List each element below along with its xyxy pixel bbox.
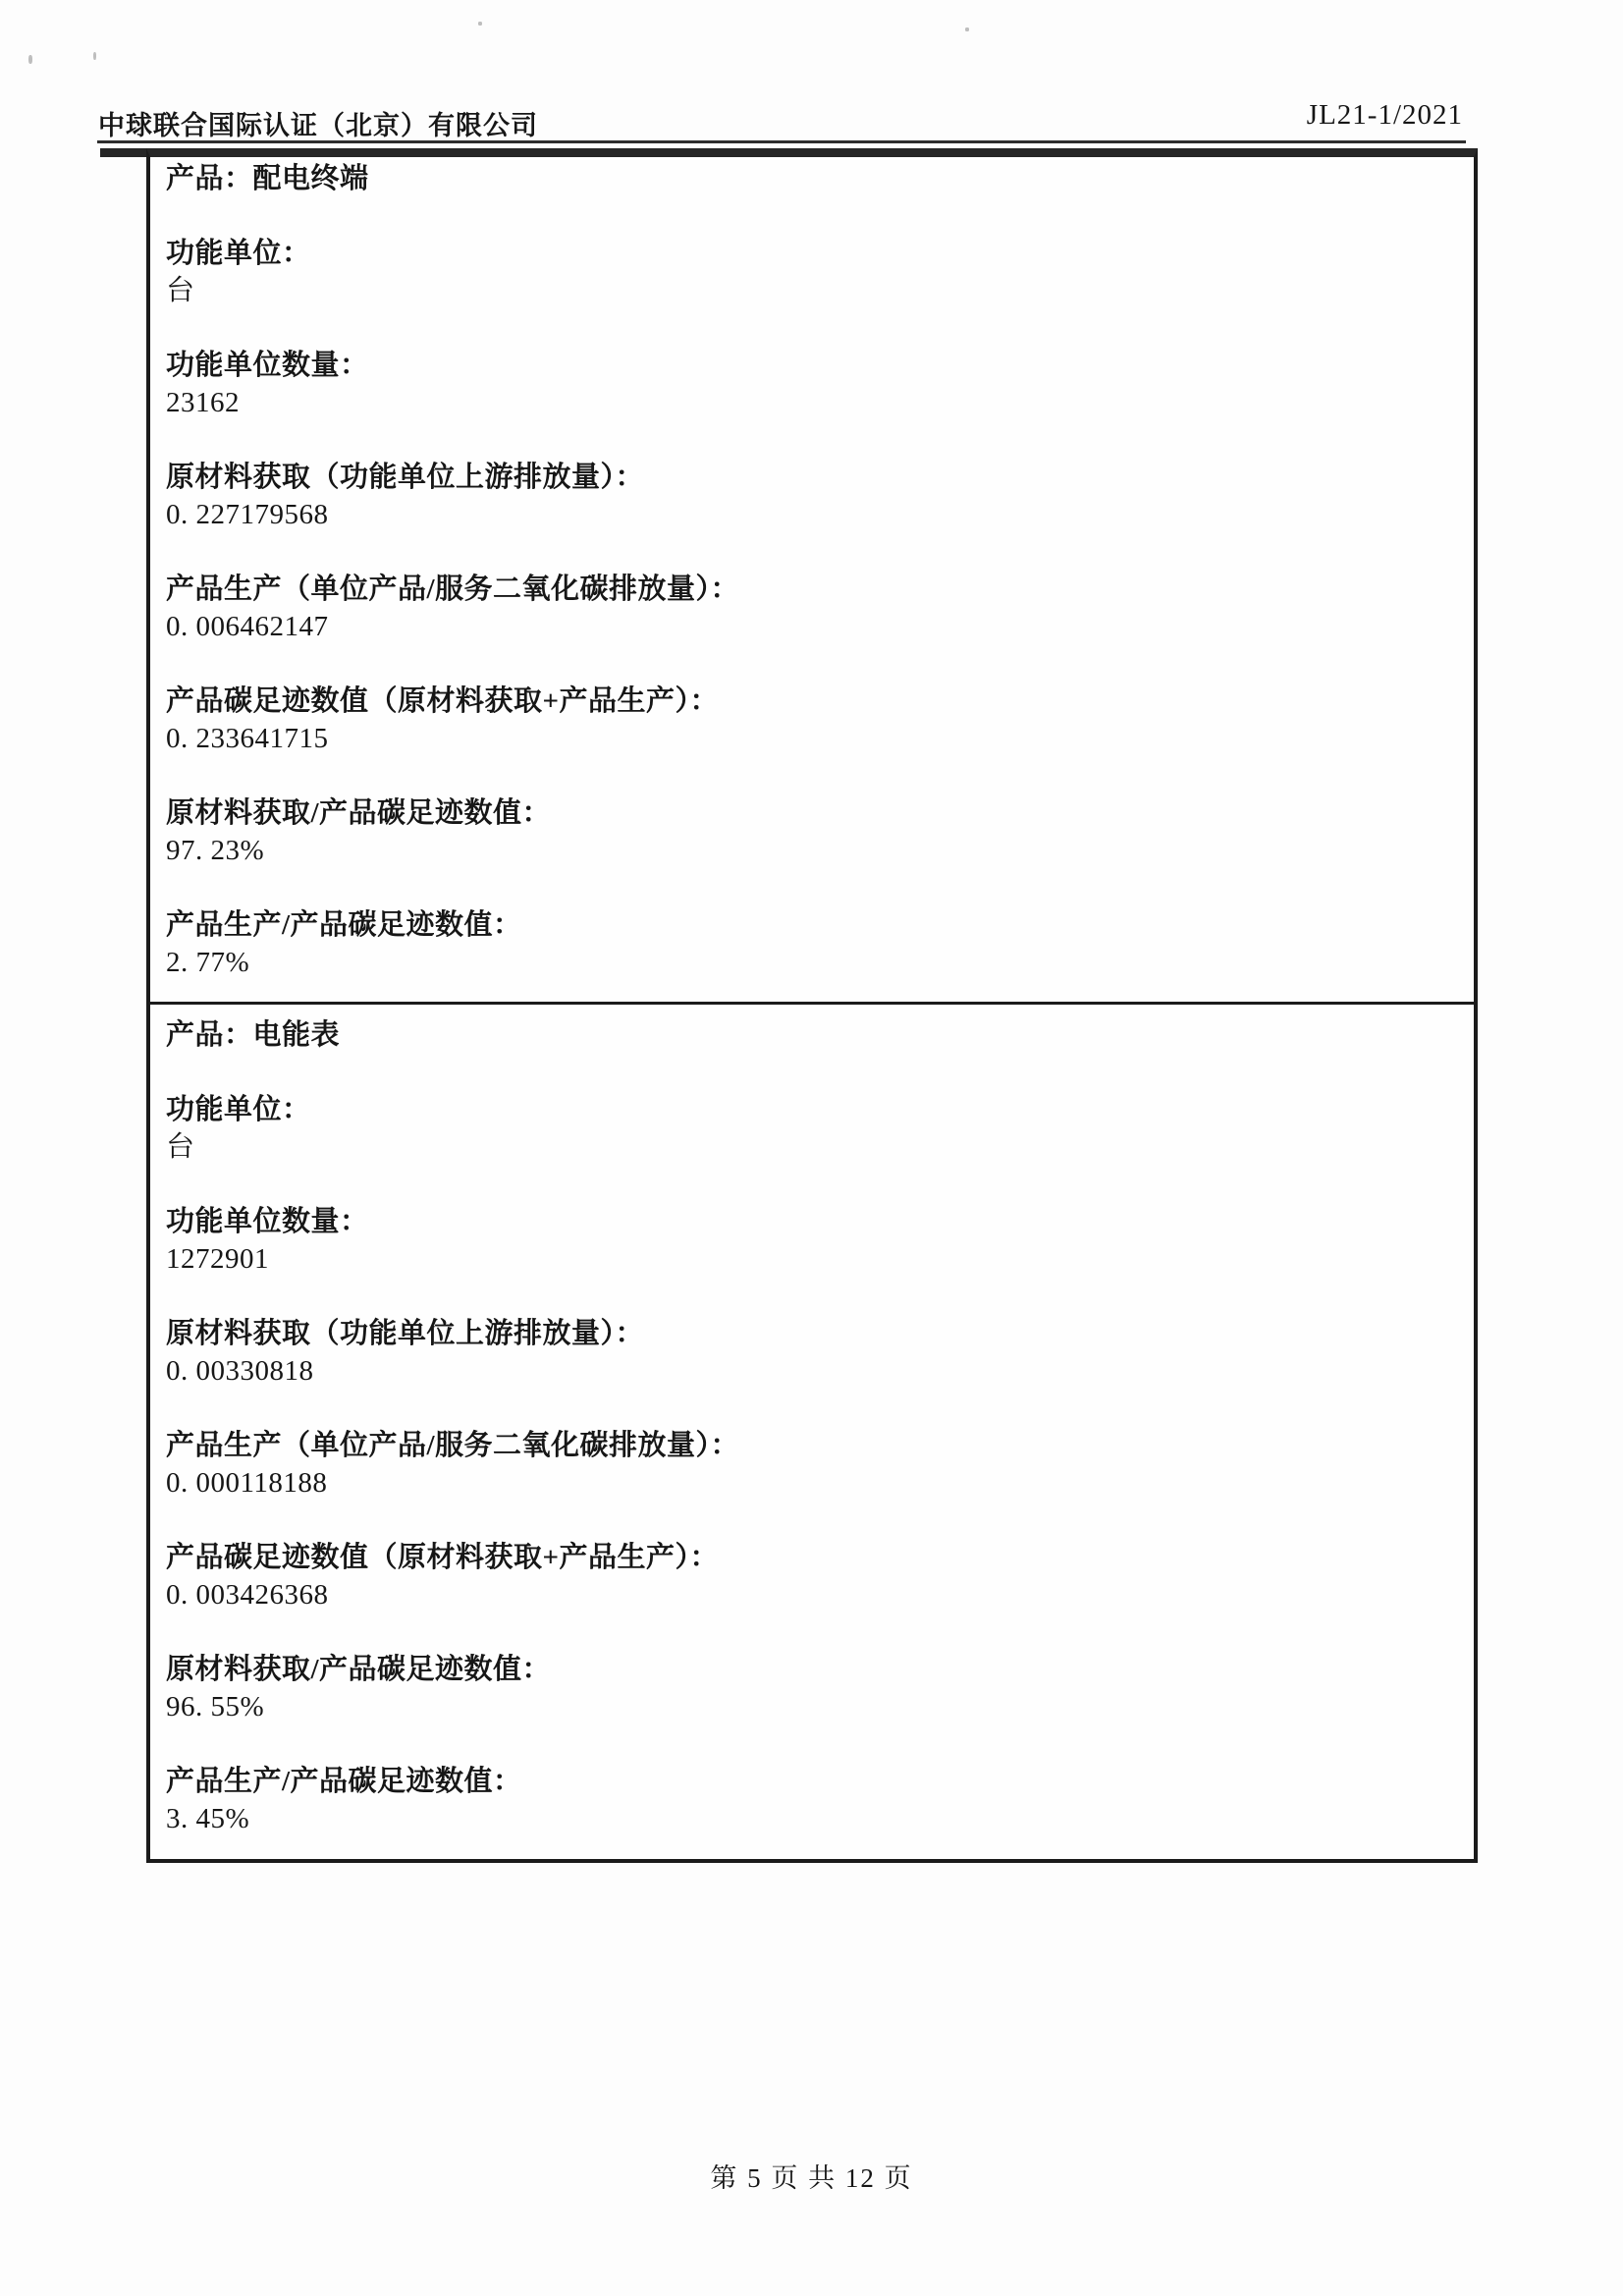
field-production-share: 产品生产/产品碳足迹数值： 2. 77% bbox=[166, 906, 1454, 981]
product-title: 产品：配电终端 bbox=[166, 160, 1454, 197]
field-raw-material-share: 原材料获取/产品碳足迹数值： 97. 23% bbox=[166, 794, 1454, 869]
field-label: 产品生产/产品碳足迹数值： bbox=[166, 906, 1454, 944]
field-label: 功能单位： bbox=[166, 1091, 1454, 1128]
field-label: 功能单位： bbox=[166, 235, 1454, 272]
field-label: 产品生产（单位产品/服务二氧化碳排放量）： bbox=[166, 571, 1454, 608]
field-functional-unit-quantity: 功能单位数量： 1272901 bbox=[166, 1203, 1454, 1278]
field-label: 产品碳足迹数值（原材料获取+产品生产）： bbox=[166, 683, 1454, 720]
field-value: 台 bbox=[166, 272, 1454, 309]
field-value: 2. 77% bbox=[166, 944, 1454, 981]
field-production-share: 产品生产/产品碳足迹数值： 3. 45% bbox=[166, 1763, 1454, 1837]
field-value: 23162 bbox=[166, 384, 1454, 421]
field-value: 0. 003426368 bbox=[166, 1576, 1454, 1613]
scan-speck bbox=[93, 52, 96, 60]
scan-speck bbox=[965, 27, 969, 31]
field-value: 0. 233641715 bbox=[166, 720, 1454, 757]
product-title: 产品：电能表 bbox=[166, 1016, 1454, 1054]
field-product-production: 产品生产（单位产品/服务二氧化碳排放量）： 0. 006462147 bbox=[166, 571, 1454, 645]
field-functional-unit-quantity: 功能单位数量： 23162 bbox=[166, 347, 1454, 421]
field-raw-material-share: 原材料获取/产品碳足迹数值： 96. 55% bbox=[166, 1651, 1454, 1725]
page-indicator: 第 5 页 共 12 页 bbox=[710, 2163, 912, 2193]
page-footer: 第 5 页 共 12 页 bbox=[0, 2157, 1623, 2195]
field-value: 0. 227179568 bbox=[166, 496, 1454, 533]
field-label: 原材料获取/产品碳足迹数值： bbox=[166, 794, 1454, 832]
product-section-energy-meter: 产品：电能表 功能单位： 台 功能单位数量： 1272901 原材料获取（功能单… bbox=[150, 1005, 1474, 1837]
header-rule bbox=[97, 140, 1466, 143]
field-value: 3. 45% bbox=[166, 1800, 1454, 1837]
document-number: JL21-1/2021 bbox=[1307, 99, 1463, 132]
field-label: 产品生产（单位产品/服务二氧化碳排放量）： bbox=[166, 1427, 1454, 1464]
field-value: 台 bbox=[166, 1128, 1454, 1166]
field-raw-material-acquisition: 原材料获取（功能单位上游排放量）： 0. 227179568 bbox=[166, 459, 1454, 533]
field-carbon-footprint-total: 产品碳足迹数值（原材料获取+产品生产）： 0. 233641715 bbox=[166, 683, 1454, 757]
field-label: 产品生产/产品碳足迹数值： bbox=[166, 1763, 1454, 1800]
field-value: 0. 00330818 bbox=[166, 1352, 1454, 1390]
field-value: 0. 006462147 bbox=[166, 608, 1454, 645]
carbon-footprint-table: 产品：配电终端 功能单位： 台 功能单位数量： 23162 原材料获取（功能单位… bbox=[146, 148, 1478, 1863]
field-value: 97. 23% bbox=[166, 832, 1454, 869]
scan-speck bbox=[28, 55, 32, 64]
field-value: 0. 000118188 bbox=[166, 1464, 1454, 1502]
field-value: 1272901 bbox=[166, 1240, 1454, 1278]
field-carbon-footprint-total: 产品碳足迹数值（原材料获取+产品生产）： 0. 003426368 bbox=[166, 1539, 1454, 1613]
field-label: 功能单位数量： bbox=[166, 1203, 1454, 1240]
field-label: 原材料获取（功能单位上游排放量）： bbox=[166, 459, 1454, 496]
field-label: 产品碳足迹数值（原材料获取+产品生产）： bbox=[166, 1539, 1454, 1576]
product-section-distribution-terminal: 产品：配电终端 功能单位： 台 功能单位数量： 23162 原材料获取（功能单位… bbox=[150, 157, 1474, 1005]
field-functional-unit: 功能单位： 台 bbox=[166, 235, 1454, 309]
field-label: 原材料获取/产品碳足迹数值： bbox=[166, 1651, 1454, 1688]
field-raw-material-acquisition: 原材料获取（功能单位上游排放量）： 0. 00330818 bbox=[166, 1315, 1454, 1390]
field-product-production: 产品生产（单位产品/服务二氧化碳排放量）： 0. 000118188 bbox=[166, 1427, 1454, 1502]
company-name: 中球联合国际认证（北京）有限公司 bbox=[98, 104, 538, 142]
field-label: 原材料获取（功能单位上游排放量）： bbox=[166, 1315, 1454, 1352]
scan-speck bbox=[478, 22, 482, 26]
document-page: 中球联合国际认证（北京）有限公司 JL21-1/2021 产品：配电终端 功能单… bbox=[0, 0, 1623, 2296]
field-label: 功能单位数量： bbox=[166, 347, 1454, 384]
field-value: 96. 55% bbox=[166, 1688, 1454, 1725]
field-functional-unit: 功能单位： 台 bbox=[166, 1091, 1454, 1166]
